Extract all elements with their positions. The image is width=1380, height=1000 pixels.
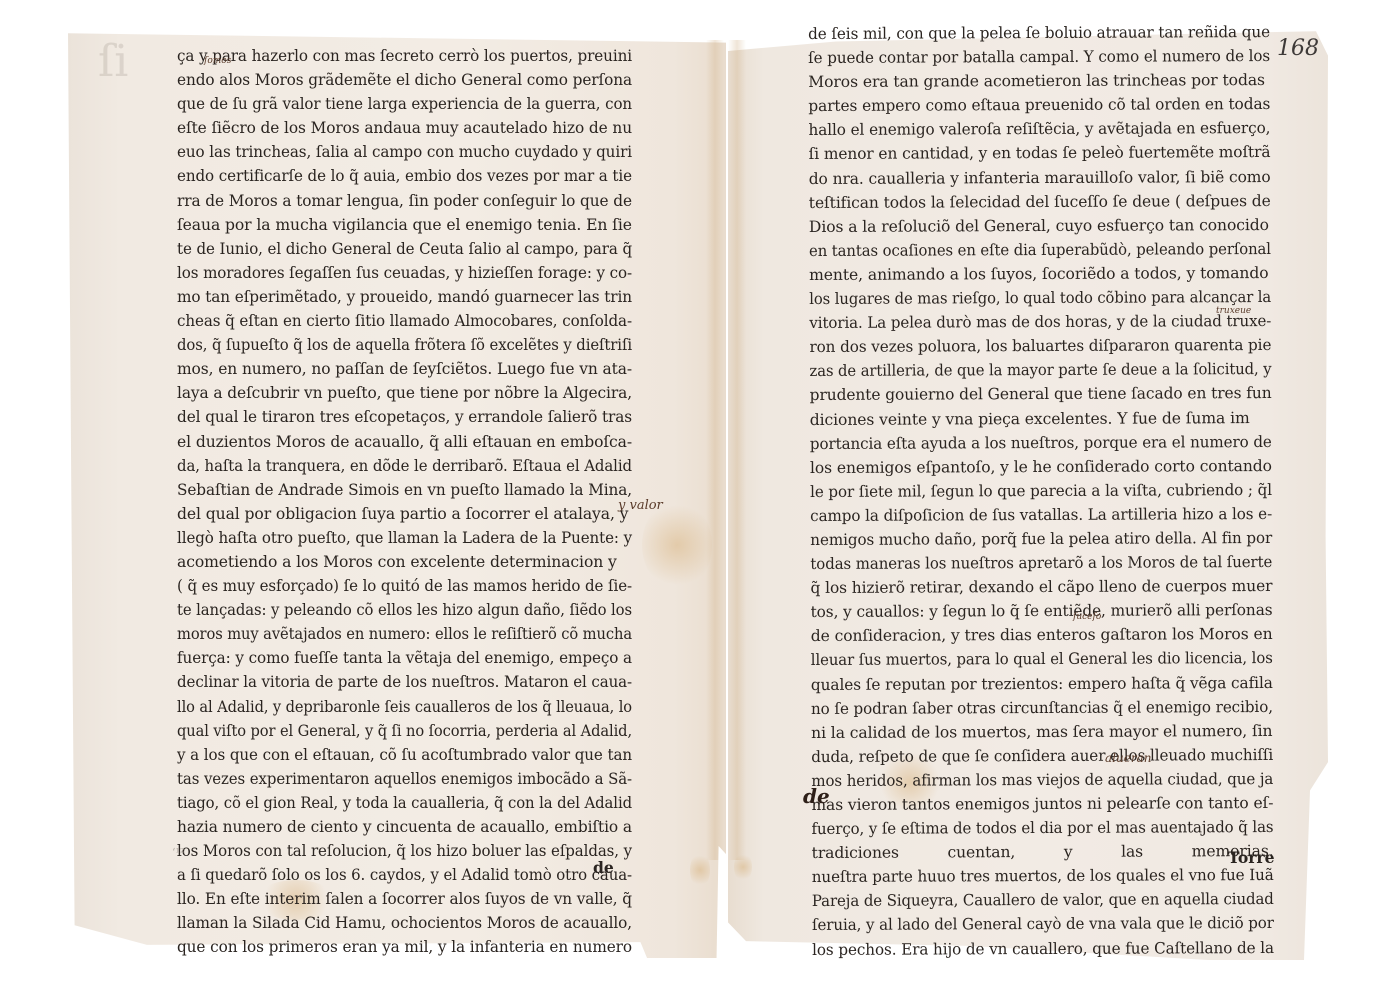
- text-line: ni la calidad de los muertos, mas ſera m…: [811, 719, 1273, 745]
- text-line: fuerço, y ſe eſtima de todos el dia por …: [811, 815, 1273, 841]
- text-line: los moradores ſegaſſen ſus ceuadas, y hi…: [177, 261, 632, 285]
- right-page-text: de ſeis mil, con que la pelea ſe boluio …: [808, 20, 1274, 962]
- text-line: hallo el enemigo valeroſa reſiſtẽcia, y …: [808, 116, 1270, 142]
- text-line: mas vieron tantos enemigos juntos ni pel…: [811, 791, 1273, 817]
- text-line: que con los primeros eran ya mil, y la i…: [177, 935, 632, 959]
- text-line: todas maneras los nueſtros apretarõ a lo…: [810, 550, 1272, 576]
- text-line: rra de Moros a tomar lengua, ſin poder c…: [177, 189, 632, 213]
- text-line: Sebaſtian de Andrade Simois en vn pueſto…: [177, 478, 632, 502]
- text-line: llaman la Silada Cid Hamu, ochocientos M…: [177, 911, 632, 935]
- text-line: de conſideracion, y tres dias enteros ga…: [811, 622, 1273, 648]
- text-line: fuerça: y como fueſſe tanta la vẽtaja de…: [177, 646, 632, 670]
- foxing-stain: [690, 852, 710, 888]
- gutter-shadow-left: [706, 40, 724, 860]
- text-line: endo alos Moros grãdemẽte el dicho Gener…: [177, 68, 632, 92]
- text-line: moros muy avẽtajados en numero: ellos le…: [177, 622, 632, 646]
- text-line: de ſeis mil, con que la pelea ſe boluio …: [808, 20, 1270, 46]
- text-line: laya a deſcubrir vn pueſto, que tiene po…: [177, 381, 632, 405]
- text-line: lleuar ſus muertos, para lo qual el Gene…: [811, 646, 1273, 672]
- text-line: del qual por obligacion ſuya partio a ſo…: [177, 502, 632, 526]
- text-line: campo la diſpoſicion de ſus vatallas. La…: [810, 502, 1272, 528]
- faint-signature-mark: ʻ¹²: [172, 846, 184, 859]
- text-line: prudente gouierno del General que tiene …: [810, 381, 1272, 407]
- text-line: los enemigos eſpantoſo, y le he conſider…: [810, 454, 1272, 480]
- text-line: ron dos vezes poluora, los baluartes diſ…: [809, 333, 1271, 359]
- text-line: del qual le tiraron tres eſcopetaços, y …: [177, 405, 632, 429]
- text-line: los lugares de mas rieſgo, lo qual todo …: [809, 285, 1271, 311]
- text-line: llo. En eſte interim ſalen a ſocorrer al…: [177, 887, 632, 911]
- text-line: ſe puede contar por batalla campal. Y co…: [808, 44, 1270, 70]
- text-line: mo tan eſperimẽtado, y proueido, mandó g…: [177, 285, 632, 309]
- text-line: ſi menor en cantidad, y en todas ſe pele…: [809, 140, 1271, 166]
- text-line: eſte ſiẽcro de los Moros andaua muy acau…: [177, 116, 632, 140]
- text-line: qual viſto por el General, y q̃ ſi no ſo…: [177, 719, 632, 743]
- text-line: ſeruia, y al lado del General cayò de vn…: [812, 911, 1274, 937]
- text-line: tradiciones cuentan, y las memorias.: [812, 839, 1274, 865]
- text-line: tos, y cauallos: y ſegun lo q̃ ſe entiẽd…: [811, 598, 1273, 624]
- text-line: mos, en numero, no paſſan de ſeyſciẽtos.…: [177, 357, 632, 381]
- text-line: te lançadas: y peleando cõ ellos les hiz…: [177, 598, 632, 622]
- text-line: dos, q̃ ſupueſto q̃ los de aquella frõte…: [177, 333, 632, 357]
- text-line: los Moros con tal reſolucion, q̃ los hiz…: [177, 839, 632, 863]
- text-line: Pareja de Siqueyra, Cauallero de valor, …: [812, 887, 1274, 913]
- text-line: Dios a la reſoluciõ del General, cuyo es…: [809, 213, 1271, 239]
- text-line: da, haſta la tranquera, en dõde le derri…: [177, 454, 632, 478]
- left-catchword: de: [593, 858, 614, 877]
- handwritten-annotation: alueran: [1105, 751, 1151, 765]
- show-through-ink: ſi: [98, 36, 128, 87]
- foxing-stain: [734, 852, 752, 882]
- text-line: te de Iunio, el dicho General de Ceuta ſ…: [177, 237, 632, 261]
- text-line: llo al Adalid, y depribaronle ſeis caual…: [177, 695, 632, 719]
- text-line: en tantas ocaſiones en eſte dia ſuperabũ…: [809, 237, 1271, 263]
- text-line: que de ſu grã valor tiene larga experien…: [177, 92, 632, 116]
- right-catchword: Torre: [1228, 848, 1275, 867]
- text-line: tiago, cõ el gion Real, y toda la cauall…: [177, 791, 632, 815]
- text-line: mente, animando a los ſuyos, ſocoriẽdo a…: [809, 261, 1271, 287]
- text-line: no ſe podran ſaber otras circunſtancias …: [811, 695, 1273, 721]
- folio-number: 168: [1277, 36, 1319, 61]
- text-line: declinar la vitoria de parte de los nueſ…: [177, 670, 632, 694]
- document-scene: ſi ça y para hazerlo con mas ſecreto cer…: [0, 0, 1380, 1000]
- text-line: tas vezes experimentaron aquellos enemig…: [177, 767, 632, 791]
- handwritten-annotation: y valor: [618, 498, 663, 513]
- foxing-stain: [642, 500, 712, 590]
- handwritten-annotation: ſuceſo: [1073, 612, 1101, 622]
- text-line: a ſi quedarõ ſolo os los 6. caydos, y el…: [177, 863, 632, 887]
- text-line: acometiendo a los Moros con excelente de…: [177, 550, 632, 574]
- text-line: endo certificarſe de lo q̃ auia, embio d…: [177, 164, 632, 188]
- text-line: vitoria. La pelea durò mas de dos horas,…: [809, 309, 1271, 335]
- text-line: zas de artilleria, de que la mayor parte…: [809, 357, 1271, 383]
- text-line: teſtifican todos la ſelecidad del ſuceſſ…: [809, 189, 1271, 215]
- text-line: ça y para hazerlo con mas ſecreto cerrò …: [177, 44, 632, 68]
- text-line: los pechos. Era hijo de vn cauallero, qu…: [812, 936, 1274, 962]
- text-line: nueſtra parte huuo tres muertos, de los …: [812, 863, 1274, 889]
- text-line: do nra. caualleria y infanteria marauill…: [809, 165, 1271, 191]
- text-line: quales ſe reputan por trezientos: empero…: [811, 671, 1273, 697]
- handwritten-annotation: ſomos: [204, 56, 231, 66]
- text-line: mos heridos, afirman los mas viejos de a…: [811, 767, 1273, 793]
- left-page-text: ça y para hazerlo con mas ſecreto cerrò …: [177, 44, 632, 960]
- text-line: le por ſiete mil, ſegun lo que parecia a…: [810, 478, 1272, 504]
- text-line: nemigos mucho daño, porq̃ fue la pelea a…: [810, 526, 1272, 552]
- text-line: ( q̃ es muy esforçado) ſe lo quitó de la…: [177, 574, 632, 598]
- text-line: el duzientos Moros de acauallo, q̃ alli …: [177, 430, 632, 454]
- handwritten-annotation: truxeue: [1216, 306, 1251, 316]
- gutter-shadow-right: [728, 40, 746, 860]
- handwritten-annotation: de: [803, 784, 830, 808]
- text-line: ſeaua por la mucha vigilancia que el ene…: [177, 213, 632, 237]
- text-line: llegò haſta otro pueſto, que llaman la L…: [177, 526, 632, 550]
- text-line: euo las trincheas, ſalia al campo con mu…: [177, 140, 632, 164]
- text-line: y a los que con el eſtauan, cõ ſu acoſtu…: [177, 743, 632, 767]
- text-line: cheas q̃ eſtan en cierto ſitio llamado A…: [177, 309, 632, 333]
- text-line: diciones veinte y vna pieça excelentes. …: [810, 405, 1272, 431]
- text-line: portancia eſta ayuda a los nueſtros, por…: [810, 430, 1272, 456]
- text-line: partes empero como eſtaua preuenido cõ t…: [808, 92, 1270, 118]
- text-line: hazia numero de ciento y cincuenta de ac…: [177, 815, 632, 839]
- text-line: Moros era tan grande acometieron las tri…: [808, 68, 1270, 94]
- text-line: q̃ los hizierõ retirar, dexando el cãpo …: [810, 574, 1272, 600]
- text-line: duda, reſpeto de que ſe conſidera auer e…: [811, 743, 1273, 769]
